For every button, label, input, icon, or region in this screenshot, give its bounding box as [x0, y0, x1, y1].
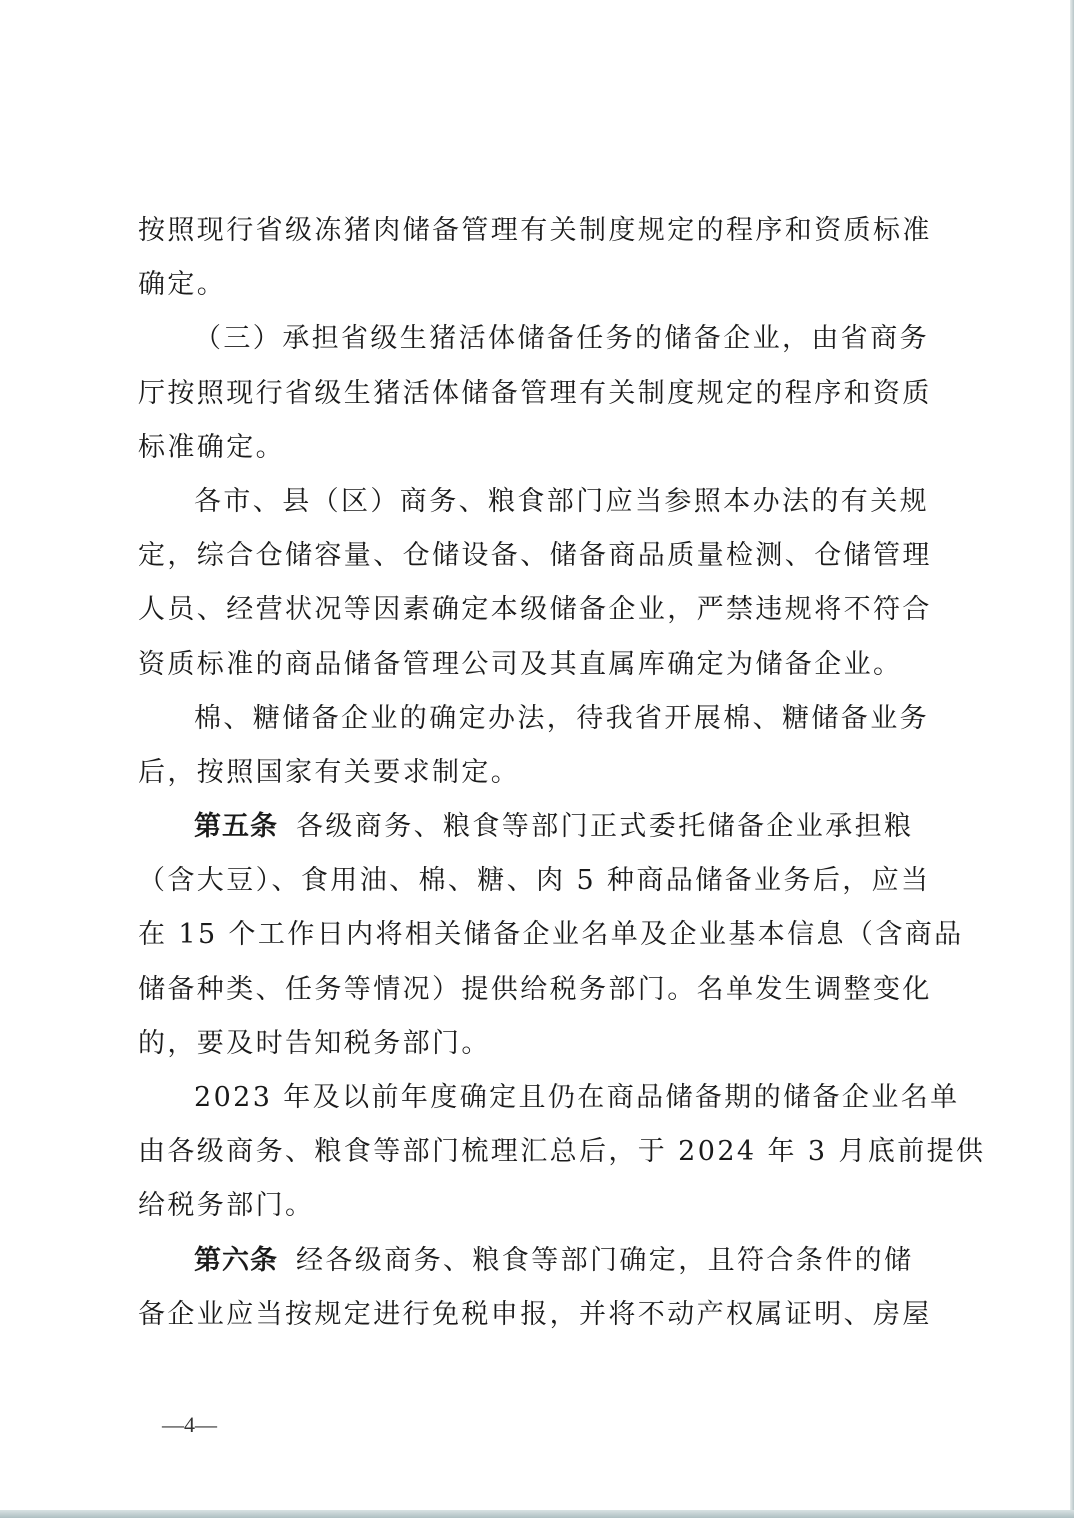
paragraph: 棉、糖储备企业的确定办法，待我省开展棉、糖储备业务 后，按照国家有关要求制定。 — [138, 692, 922, 800]
text-line: 资质标准的商品储备管理公司及其直属库确定为储备企业。 — [138, 638, 922, 692]
text-line: 备企业应当按规定进行免税申报，并将不动产权属证明、房屋 — [138, 1288, 922, 1342]
text-line: 2023 年及以前年度确定且仍在商品储备期的储备企业名单 — [138, 1071, 922, 1125]
paragraph: 各市、县（区）商务、粮食部门应当参照本办法的有关规 定，综合仓储容量、仓储设备、… — [138, 475, 922, 692]
scan-edge-bottom — [0, 1510, 1074, 1518]
text-line: 的，要及时告知税务部门。 — [138, 1017, 922, 1071]
page-number: —4— — [162, 1412, 217, 1438]
article-text: 经各级商务、粮食等部门确定，且符合条件的储 — [296, 1245, 913, 1276]
text-line: （含大豆）、食用油、棉、糖、肉 5 种商品储备业务后，应当 — [138, 854, 922, 908]
text-line: 棉、糖储备企业的确定办法，待我省开展棉、糖储备业务 — [138, 692, 922, 746]
text-line: 确定。 — [138, 258, 922, 312]
document-body: 按照现行省级冻猪肉储备管理有关制度规定的程序和资质标准 确定。 （三）承担省级生… — [138, 204, 922, 1342]
text-line: 定，综合仓储容量、仓储设备、储备商品质量检测、仓储管理 — [138, 529, 922, 583]
text-line: 由各级商务、粮食等部门梳理汇总后，于 2024 年 3 月底前提供 — [138, 1125, 922, 1179]
paragraph: 2023 年及以前年度确定且仍在商品储备期的储备企业名单 由各级商务、粮食等部门… — [138, 1071, 922, 1234]
article-heading: 第六条 — [194, 1245, 278, 1276]
text-line: 给税务部门。 — [138, 1179, 922, 1233]
text-line: 第五条各级商务、粮食等部门正式委托储备企业承担粮 — [138, 800, 922, 854]
text-line: 储备种类、任务等情况）提供给税务部门。名单发生调整变化 — [138, 963, 922, 1017]
article-heading: 第五条 — [194, 811, 278, 842]
article-text: 各级商务、粮食等部门正式委托储备企业承担粮 — [296, 811, 913, 842]
paragraph: 按照现行省级冻猪肉储备管理有关制度规定的程序和资质标准 确定。 — [138, 204, 922, 312]
article-6: 第六条经各级商务、粮食等部门确定，且符合条件的储 备企业应当按规定进行免税申报，… — [138, 1234, 922, 1342]
text-line: 标准确定。 — [138, 421, 922, 475]
text-line: 人员、经营状况等因素确定本级储备企业，严禁违规将不符合 — [138, 583, 922, 637]
text-line: 后，按照国家有关要求制定。 — [138, 746, 922, 800]
text-line: 在 15 个工作日内将相关储备企业名单及企业基本信息（含商品 — [138, 908, 922, 962]
text-line: 厅按照现行省级生猪活体储备管理有关制度规定的程序和资质 — [138, 367, 922, 421]
text-line: （三）承担省级生猪活体储备任务的储备企业，由省商务 — [138, 312, 922, 366]
text-line: 第六条经各级商务、粮食等部门确定，且符合条件的储 — [138, 1234, 922, 1288]
scan-edge-right — [1070, 0, 1074, 1518]
text-line: 各市、县（区）商务、粮食部门应当参照本办法的有关规 — [138, 475, 922, 529]
article-5: 第五条各级商务、粮食等部门正式委托储备企业承担粮 （含大豆）、食用油、棉、糖、肉… — [138, 800, 922, 1071]
document-page: 按照现行省级冻猪肉储备管理有关制度规定的程序和资质标准 确定。 （三）承担省级生… — [0, 0, 1074, 1518]
paragraph: （三）承担省级生猪活体储备任务的储备企业，由省商务 厅按照现行省级生猪活体储备管… — [138, 312, 922, 475]
text-line: 按照现行省级冻猪肉储备管理有关制度规定的程序和资质标准 — [138, 204, 922, 258]
